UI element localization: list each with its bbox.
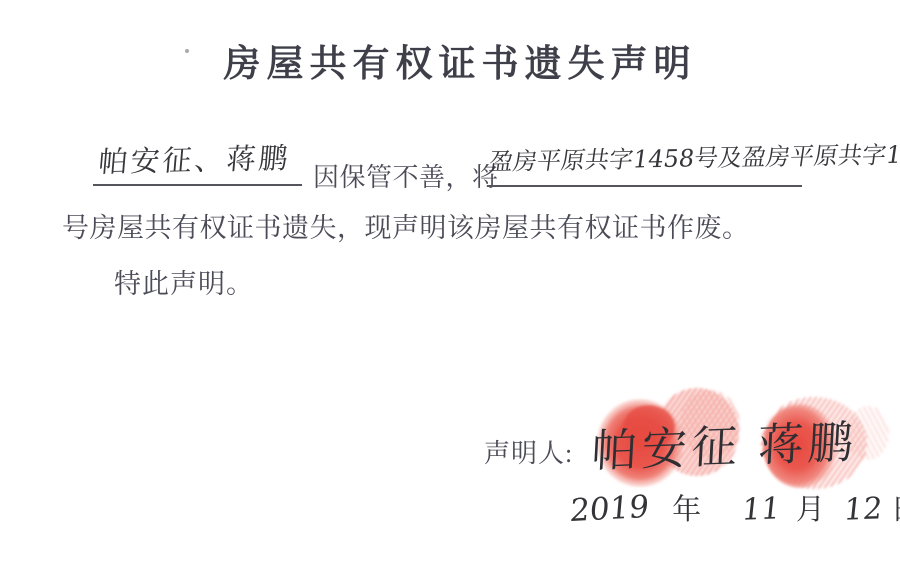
document-title: 房屋共有权证书遗失声明 [0,33,900,87]
body-text-part1: 因保管不善，将 [313,157,499,194]
closing-statement: 特此声明。 [114,262,254,301]
date-day: 12 [842,491,884,527]
signature-names-handwritten: 帕安征 蒋鹏 [590,405,860,479]
certificate-numbers-handwritten: 盈房平原共字1458号及盈房平原共字1459 [487,134,900,177]
date-line: 2019 年 11 月 12 日 [570,487,900,528]
date-month-label: 月 [796,487,825,528]
certificate-numbers-blank: 盈房平原共字1458号及盈房平原共字1459 [487,142,802,187]
scanned-declaration-document: 房屋共有权证书遗失声明 帕安征、蒋鹏 因保管不善，将 盈房平原共字1458号及盈… [0,0,900,566]
declarant-names-blank: 帕安征、蒋鹏 [93,140,302,186]
date-month: 11 [741,491,783,527]
date-year: 2019 [568,489,650,529]
date-day-label: 日 [891,487,900,528]
date-year-label: 年 [672,487,701,528]
body-text-part2: 号房屋共有权证书遗失，现声明该房屋共有权证书作废。 [62,206,750,245]
declarant-names-handwritten: 帕安征、蒋鹏 [97,136,292,181]
declarant-label: 声明人: [484,433,573,470]
